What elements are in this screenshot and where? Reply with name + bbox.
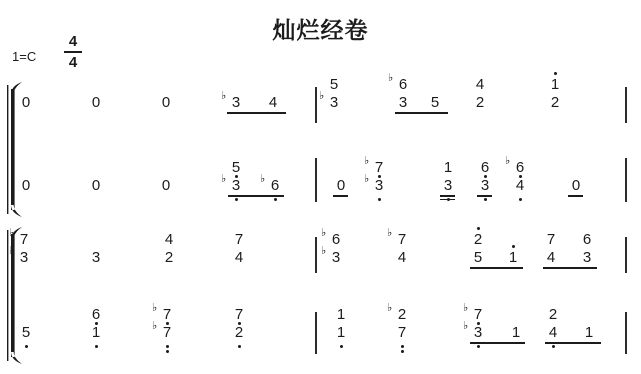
octave-dot-below (401, 345, 404, 348)
octave-dot-below (166, 350, 169, 353)
note-digit: 3♭ (229, 178, 243, 194)
note-digit: 5 (428, 95, 442, 111)
flat-accidental-icon: ♭ (463, 321, 468, 332)
note-digit: 3♭ (229, 95, 243, 111)
barline (625, 312, 627, 354)
note-digit: 7♭ (160, 307, 174, 323)
barline (315, 237, 317, 273)
note-digit: 1 (334, 325, 348, 341)
octave-dot-below (274, 198, 277, 201)
octave-dot-below (238, 345, 241, 348)
page-title: 灿烂经卷 (0, 12, 641, 45)
beam-underline (470, 342, 525, 344)
flat-accidental-icon: ♭ (364, 174, 369, 185)
flat-accidental-icon: ♭ (505, 156, 510, 167)
note-digit: 3 (89, 250, 103, 266)
note-digit: 7♭ (372, 160, 386, 176)
beam-underline (227, 112, 286, 114)
note-digit: 1 (509, 325, 523, 341)
note-digit: 5 (229, 160, 243, 176)
octave-dot-below (95, 345, 98, 348)
barline (315, 87, 317, 123)
beam-underline (333, 195, 348, 197)
note-digit: 4 (266, 95, 280, 111)
note-digit: 4 (162, 232, 176, 248)
flat-accidental-icon: ♭ (319, 91, 324, 102)
note-digit: 2 (546, 307, 560, 323)
octave-dot-below (552, 345, 555, 348)
octave-dot-above (554, 72, 557, 75)
flat-accidental-icon: ♭ (463, 303, 468, 314)
flat-accidental-icon: ♭ (321, 228, 326, 239)
time-signature-fraction-bar (64, 51, 82, 53)
note-digit: 6♭ (268, 178, 282, 194)
beam-underline (568, 195, 583, 197)
note-digit: 2 (232, 325, 246, 341)
octave-dot-below (166, 345, 169, 348)
note-digit: 7♭ (160, 325, 174, 341)
note-digit: 7 (544, 232, 558, 248)
staff-bracket (5, 83, 23, 216)
note-digit: 7 (395, 325, 409, 341)
note-digit: 0 (89, 178, 103, 194)
beam-underline (543, 267, 597, 269)
beam-underline (545, 342, 601, 344)
note-digit: 3 (441, 178, 455, 194)
note-digit: 6 (478, 160, 492, 176)
note-digit: 0 (89, 95, 103, 111)
note-digit: 1 (334, 307, 348, 323)
octave-dot-below (340, 345, 343, 348)
note-digit: 0 (159, 178, 173, 194)
note-digit: 1 (582, 325, 596, 341)
barline (625, 87, 627, 123)
flat-accidental-icon: ♭ (388, 73, 393, 84)
note-digit: 6♭ (396, 77, 410, 93)
note-digit: 3♭ (372, 178, 386, 194)
note-digit: 2 (473, 95, 487, 111)
note-digit: 4 (544, 250, 558, 266)
octave-dot-below (484, 198, 487, 201)
note-digit: 6 (89, 307, 103, 323)
note-digit: 7♭ (471, 307, 485, 323)
staff-bracket (5, 228, 23, 363)
note-digit: 2 (548, 95, 562, 111)
flat-accidental-icon: ♭ (364, 156, 369, 167)
time-signature-denominator: 4 (64, 54, 82, 71)
note-digit: 3 (580, 250, 594, 266)
beam-underline (440, 199, 455, 201)
barline (625, 158, 627, 202)
time-signature: 4 4 (64, 33, 82, 71)
octave-dot-below (519, 198, 522, 201)
flat-accidental-icon: ♭ (221, 174, 226, 185)
octave-dot-below (235, 198, 238, 201)
key-signature: 1=C (12, 49, 36, 64)
note-digit: 4 (473, 77, 487, 93)
barline (315, 158, 317, 202)
note-digit: 2 (162, 250, 176, 266)
barline (315, 312, 317, 354)
octave-dot-below (401, 350, 404, 353)
flat-accidental-icon: ♭ (387, 228, 392, 239)
note-digit: 2 (471, 232, 485, 248)
beam-underline (228, 195, 284, 197)
note-digit: 6 (580, 232, 594, 248)
note-digit: 1 (89, 325, 103, 341)
note-digit: 3 (478, 178, 492, 194)
note-digit: 0 (334, 178, 348, 194)
flat-accidental-icon: ♭ (152, 303, 157, 314)
note-digit: 7 (232, 232, 246, 248)
note-digit: 4 (232, 250, 246, 266)
flat-accidental-icon: ♭ (321, 246, 326, 257)
note-digit: 7♭ (395, 232, 409, 248)
note-digit: 3 (396, 95, 410, 111)
note-digit: 4 (395, 250, 409, 266)
note-digit: 1 (441, 160, 455, 176)
note-digit: 4 (513, 178, 527, 194)
note-digit: 0 (569, 178, 583, 194)
note-digit: 7 (232, 307, 246, 323)
octave-dot-below (477, 345, 480, 348)
time-signature-numerator: 4 (64, 33, 82, 50)
flat-accidental-icon: ♭ (152, 321, 157, 332)
barline (625, 237, 627, 273)
octave-dot-above (512, 245, 515, 248)
beam-underline (395, 112, 448, 114)
beam-underline (470, 267, 523, 269)
beam-underline (440, 195, 455, 197)
flat-accidental-icon: ♭ (260, 174, 265, 185)
note-digit: 2♭ (395, 307, 409, 323)
note-digit: 3♭ (327, 95, 341, 111)
note-digit: 1 (548, 77, 562, 93)
octave-dot-above (477, 227, 480, 230)
note-digit: 3♭ (471, 325, 485, 341)
octave-dot-below (25, 345, 28, 348)
note-digit: 1 (506, 250, 520, 266)
beam-underline (477, 195, 492, 197)
flat-accidental-icon: ♭ (221, 91, 226, 102)
note-digit: 6♭ (329, 232, 343, 248)
note-digit: 5 (471, 250, 485, 266)
octave-dot-below (378, 198, 381, 201)
note-digit: 5 (327, 77, 341, 93)
note-digit: 4 (546, 325, 560, 341)
flat-accidental-icon: ♭ (387, 303, 392, 314)
note-digit: 0 (159, 95, 173, 111)
sheet-music-page: 灿烂经卷 1=C 4 4 0003♭453♭6♭35421200053♭6♭07… (0, 0, 641, 374)
note-digit: 3♭ (329, 250, 343, 266)
note-digit: 6♭ (513, 160, 527, 176)
